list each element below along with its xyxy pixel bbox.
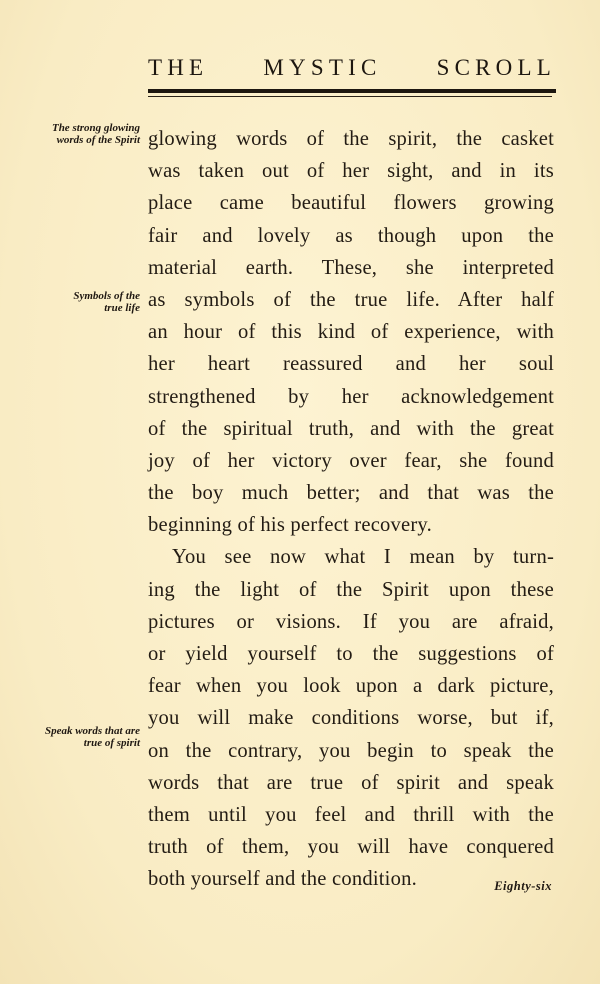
text-line: them until you feel and thrill with the (148, 799, 554, 831)
text-line: glowing words of the spirit, the casket (148, 123, 554, 155)
header-rule-thin (148, 96, 552, 97)
text-line: You see now what I mean by turn- (148, 541, 554, 573)
margin-note-line: true of spirit (0, 737, 140, 749)
text-line: of the spiritual truth, and with the gre… (148, 413, 554, 445)
running-head-title: THE MYSTIC SCROLL (148, 55, 556, 81)
margin-note: Symbols of the true life (0, 290, 140, 314)
text-line: place came beautiful flowers growing (148, 187, 554, 219)
text-line: fair and lovely as though upon the (148, 220, 554, 252)
text-line: was taken out of her sight, and in its (148, 155, 554, 187)
text-line: ing the light of the Spirit upon these (148, 574, 554, 606)
header-rule-thick (148, 89, 556, 93)
margin-note: Speak words that are true of spirit (0, 725, 140, 749)
margin-note-line: Symbols of the (0, 290, 140, 302)
body-text: glowing words of the spirit, the casket … (148, 123, 554, 896)
text-line: or yield yourself to the suggestions of (148, 638, 554, 670)
paragraph: You see now what I mean by turn- ing the… (148, 541, 554, 895)
running-head-word: MYSTIC (263, 55, 381, 81)
margin-note-line: true life (0, 302, 140, 314)
text-line: you will make conditions worse, but if, (148, 702, 554, 734)
text-line: on the contrary, you begin to speak the (148, 735, 554, 767)
paragraph: glowing words of the spirit, the casket … (148, 123, 554, 541)
margin-note-line: words of the Spirit (0, 134, 140, 146)
text-line: strengthened by her acknowledgement (148, 381, 554, 413)
running-head-word: SCROLL (437, 55, 556, 81)
running-head-word: THE (148, 55, 208, 81)
running-head: THE MYSTIC SCROLL (148, 55, 556, 97)
margin-note-line: The strong glowing (0, 122, 140, 134)
text-line: an hour of this kind of experience, with (148, 316, 554, 348)
text-line: truth of them, you will have conquered (148, 831, 554, 863)
text-line: material earth. These, she interpreted (148, 252, 554, 284)
text-line: words that are true of spirit and speak (148, 767, 554, 799)
margin-note-line: Speak words that are (0, 725, 140, 737)
page-number: Eighty-six (494, 879, 552, 894)
text-line: beginning of his perfect recovery. (148, 509, 554, 541)
text-line: as symbols of the true life. After half (148, 284, 554, 316)
margin-note: The strong glowing words of the Spirit (0, 122, 140, 146)
text-line: the boy much better; and that was the (148, 477, 554, 509)
text-line: pictures or visions. If you are afraid, (148, 606, 554, 638)
text-line: joy of her victory over fear, she found (148, 445, 554, 477)
text-line: fear when you look upon a dark picture, (148, 670, 554, 702)
text-line: her heart reassured and her soul (148, 348, 554, 380)
